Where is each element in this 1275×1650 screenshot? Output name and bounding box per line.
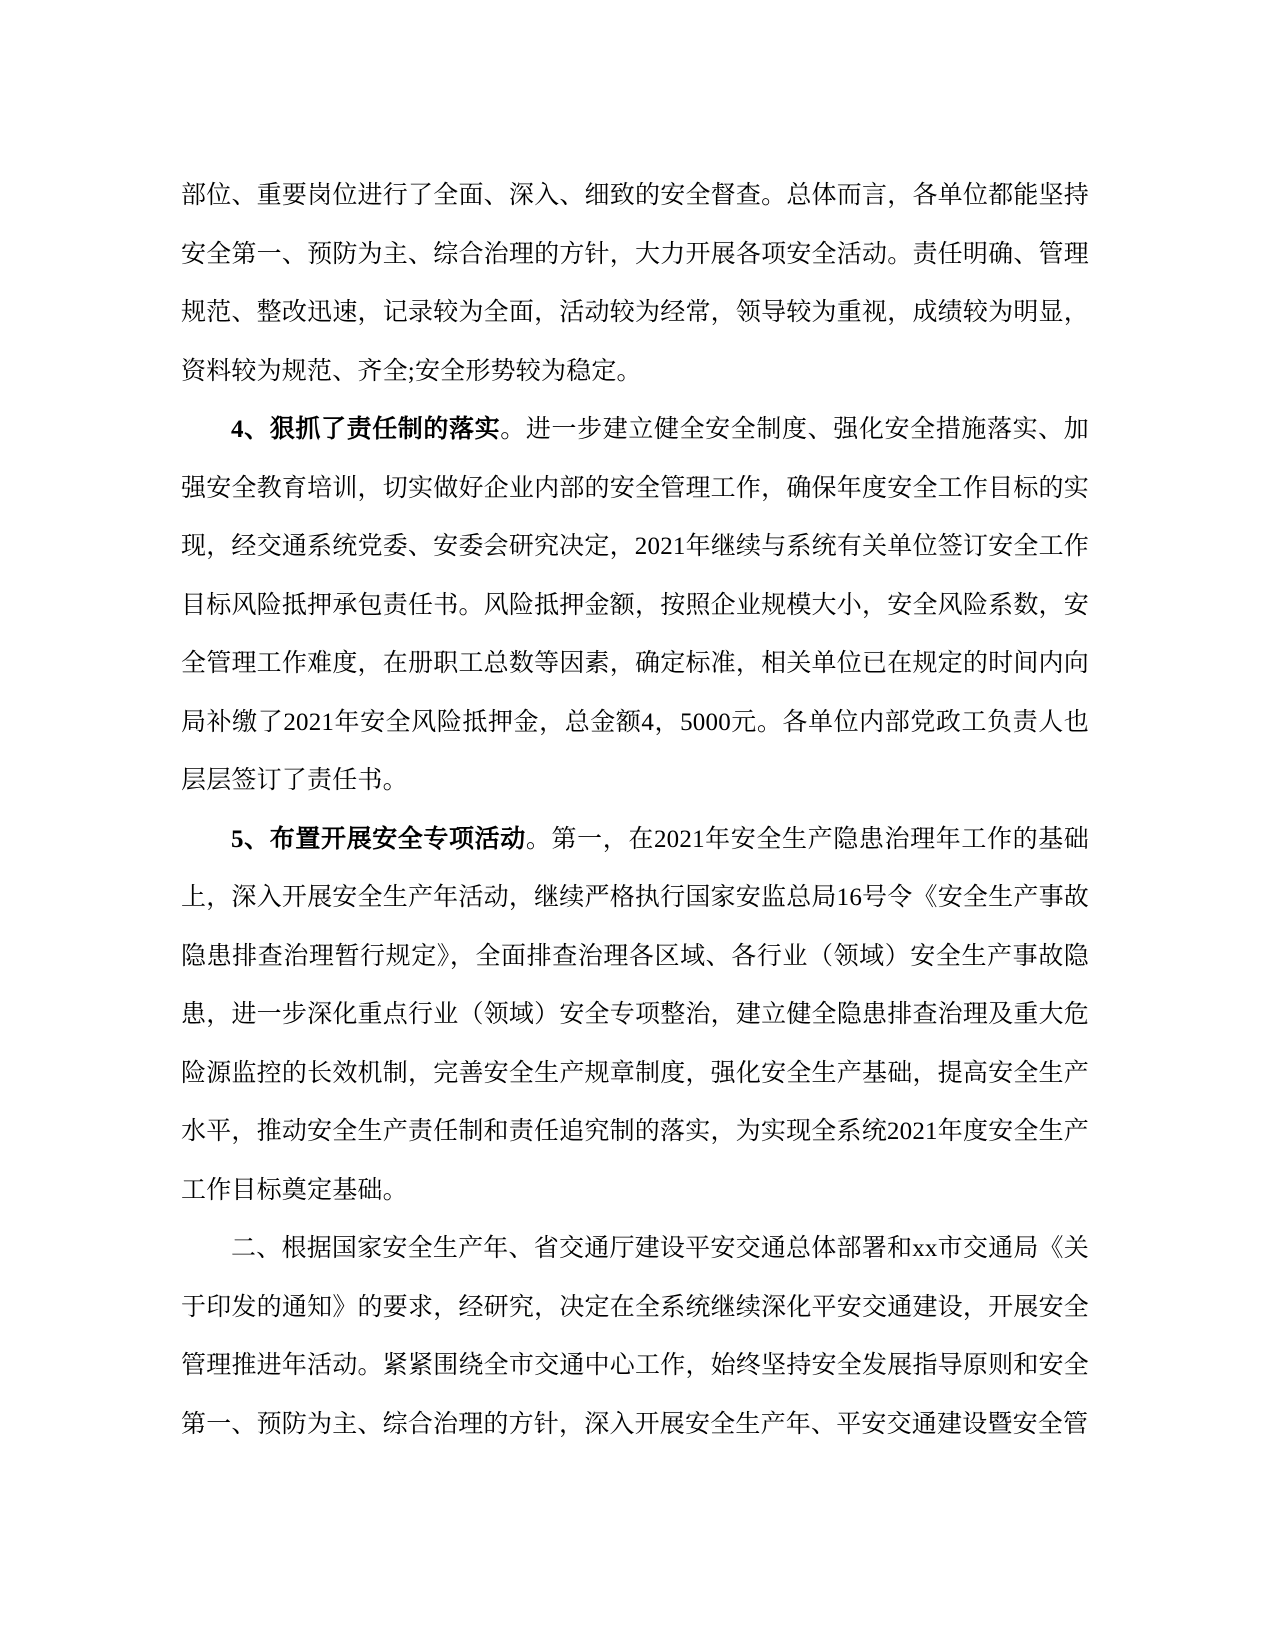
paragraph-section-2-text: 二、根据国家安全生产年、省交通厅建设平安交通总体部署和xx市交通局《关于印发的通… [181, 1235, 1089, 1438]
paragraph-item-4-text: 。进一步建立健全安全制度、强化安全措施落实、加强安全教育培训，切实做好企业内部的… [181, 416, 1089, 794]
paragraph-item-4: 4、狠抓了责任制的落实。进一步建立健全安全制度、强化安全措施落实、加强安全教育培… [181, 401, 1089, 811]
text-content: 部位、重要岗位进行了全面、深入、细致的安全督查。总体而言，各单位都能坚持安全第一… [181, 167, 1089, 1454]
paragraph-overview-text: 部位、重要岗位进行了全面、深入、细致的安全督查。总体而言，各单位都能坚持安全第一… [181, 182, 1089, 385]
paragraph-item-5-text: 。第一，在2021年安全生产隐患治理年工作的基础上，深入开展安全生产年活动，继续… [181, 826, 1089, 1204]
paragraph-item-5: 5、布置开展安全专项活动。第一，在2021年安全生产隐患治理年工作的基础上，深入… [181, 811, 1089, 1221]
paragraph-item-4-heading: 4、狠抓了责任制的落实 [231, 416, 500, 443]
paragraph-section-2: 二、根据国家安全生产年、省交通厅建设平安交通总体部署和xx市交通局《关于印发的通… [181, 1220, 1089, 1454]
paragraph-item-5-heading: 5、布置开展安全专项活动 [231, 826, 526, 853]
document-page: 部位、重要岗位进行了全面、深入、细致的安全督查。总体而言，各单位都能坚持安全第一… [0, 0, 1275, 1650]
paragraph-overview-continuation: 部位、重要岗位进行了全面、深入、细致的安全督查。总体而言，各单位都能坚持安全第一… [181, 167, 1089, 401]
